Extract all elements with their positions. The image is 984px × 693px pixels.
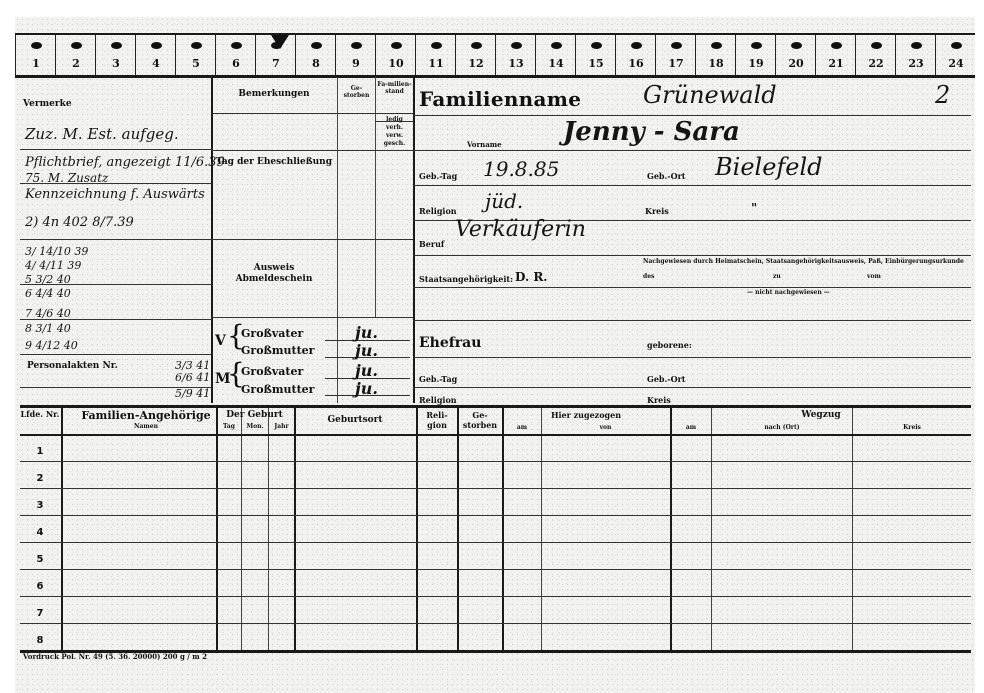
punch-hole-icon [431, 42, 442, 49]
ehefrau-religion-label: Religion [419, 395, 457, 405]
punch-hole-icon [791, 42, 802, 49]
religion-label: Religion [419, 206, 457, 216]
vermerk-entry: 5/9 41 [175, 387, 210, 400]
bemerkungen-label: Bemerkungen [211, 89, 337, 99]
ehefrau-geb-tag-label: Geb.-Tag [419, 374, 457, 384]
punch-hole-icon [591, 42, 602, 49]
punch-hole-icon [191, 42, 202, 49]
punch-hole-icon [31, 42, 42, 49]
ehefrau-label: Ehefrau [419, 335, 481, 351]
vermerk-entry: 7 4/6 40 [25, 307, 71, 320]
index-number: 6 [216, 57, 256, 70]
row-number: 4 [20, 527, 60, 538]
kreis-value: " [751, 201, 757, 215]
header-angehoerige: Familien-Angehörige [63, 409, 229, 422]
header-zugezogen-von: von [542, 424, 669, 431]
index-number: 2 [56, 57, 96, 70]
index-number: 20 [776, 57, 816, 70]
gestorben-label: Ge-storben [338, 85, 375, 99]
familienstand-option: verw. [376, 132, 413, 139]
table-row: 2 [20, 461, 971, 488]
familienstand-label: Fa-milien-stand [376, 81, 413, 95]
index-tab: 22 [855, 35, 896, 75]
index-tab: 6 [215, 35, 256, 75]
punch-hole-icon [391, 42, 402, 49]
row-number: 1 [20, 446, 60, 457]
header-religion: Reli-gion [417, 410, 457, 430]
header-tag: Tag [217, 423, 241, 430]
index-tab: 18 [695, 35, 736, 75]
table-row: 4 [20, 515, 971, 542]
vermerk-entry: 6/6 41 [175, 371, 210, 384]
nicht-nachgewiesen: — nicht nachgewiesen — [747, 289, 830, 296]
familienstand-option: gesch. [376, 140, 413, 147]
punch-hole-icon [671, 42, 682, 49]
card-number: 2 [935, 81, 950, 109]
index-tab: 23 [895, 35, 936, 75]
index-tab: 9 [335, 35, 376, 75]
v-grossvater-value: ju. [355, 323, 378, 342]
familienstand-option: verh. [376, 124, 413, 131]
divider [20, 405, 971, 408]
index-number: 11 [416, 57, 456, 70]
header-jahr: Jahr [269, 423, 294, 430]
index-tab: 11 [415, 35, 456, 75]
punch-hole-icon [831, 42, 842, 49]
index-number: 18 [696, 57, 736, 70]
geborene-label: geborene: [647, 340, 692, 350]
vermerk-entry: 9 4/12 40 [25, 339, 78, 352]
row-number: 6 [20, 581, 60, 592]
index-tab: 10 [375, 35, 416, 75]
nachweis-zu: zu [773, 273, 781, 280]
familienstand-option: ledig [376, 116, 413, 123]
vermerk-entry: 2) 4n 402 8/7.39 [25, 215, 134, 230]
tag-der-eheschliessung-label: Tag der Eheschließung [211, 157, 337, 168]
row-number: 5 [20, 554, 60, 565]
nachweis-des: des [643, 273, 654, 280]
row-number: 8 [20, 635, 60, 646]
geb-tag-value: 19.8.85 [483, 157, 559, 181]
index-number: 16 [616, 57, 656, 70]
vermerk-entry: 8 3/1 40 [25, 322, 71, 335]
vorname-value: Jenny - Sara [563, 117, 740, 147]
header-wegzug: Wegzug [671, 410, 971, 420]
index-tab: 19 [735, 35, 776, 75]
punch-hole-icon [951, 42, 962, 49]
v-grossmutter-value: ju. [355, 341, 378, 360]
v-grossmutter-label: Großmutter [241, 344, 314, 357]
index-number: 4 [136, 57, 176, 70]
m-grossmutter-label: Großmutter [241, 383, 314, 396]
vermerk-entry: 75. M. Zusatz [25, 171, 108, 185]
index-number: 7 [256, 57, 296, 70]
index-tab: 12 [455, 35, 496, 75]
staatsangehoerigkeit-value: D. R. [515, 270, 547, 284]
beruf-value: Verkäuferin [455, 217, 586, 242]
abmeldeschein-label: Abmeldeschein [211, 274, 337, 284]
table-row: 5 [20, 542, 971, 569]
header-hier-zugezogen: Hier zugezogen [503, 410, 669, 420]
punch-hole-icon [71, 42, 82, 49]
punch-hole-icon [551, 42, 562, 49]
form-imprint: Vordruck Pol. Nr. 49 (5. 36. 20000) 200 … [23, 652, 207, 661]
index-number: 21 [816, 57, 856, 70]
index-tab: 16 [615, 35, 656, 75]
ehefrau-geb-ort-label: Geb.-Ort [647, 374, 686, 384]
index-number: 14 [536, 57, 576, 70]
index-tab: 15 [575, 35, 616, 75]
table-row: 3 [20, 488, 971, 515]
personalakten-label: Personalakten Nr. [27, 361, 118, 371]
index-number: 24 [936, 57, 976, 70]
punch-hole-icon [231, 42, 242, 49]
header-geburtsort: Geburtsort [295, 415, 415, 425]
divider [15, 33, 975, 35]
index-number: 9 [336, 57, 376, 70]
ausweis-label: Ausweis [211, 263, 337, 273]
punch-hole-icon [631, 42, 642, 49]
index-marker-triangle-icon [271, 35, 289, 49]
divider [413, 77, 415, 403]
index-tab: 21 [815, 35, 856, 75]
index-tab: 8 [295, 35, 336, 75]
index-number: 23 [896, 57, 936, 70]
header-wegzug-nach: nach (Ort) [712, 424, 852, 431]
header-gestorben: Ge-storben [458, 410, 502, 430]
vermerk-entry: 6 4/4 40 [25, 287, 71, 300]
punch-hole-icon [751, 42, 762, 49]
religion-value: jüd. [485, 189, 523, 213]
table-row: 7 [20, 596, 971, 623]
punch-hole-icon [911, 42, 922, 49]
vermerke-label: Vermerke [23, 99, 72, 109]
index-number: 5 [176, 57, 216, 70]
index-tab: 14 [535, 35, 576, 75]
punch-hole-icon [151, 42, 162, 49]
index-tab: 2 [55, 35, 96, 75]
punch-hole-icon [711, 42, 722, 49]
vorname-label: Vorname [467, 141, 502, 148]
vermerk-entry: 4/ 4/11 39 [25, 259, 81, 272]
vermerk-entry: 3/ 14/10 39 [25, 245, 88, 258]
index-number: 10 [376, 57, 416, 70]
familienname-value: Grünewald [643, 81, 777, 109]
beruf-label: Beruf [419, 239, 444, 249]
punch-hole-icon [871, 42, 882, 49]
index-tab: 4 [135, 35, 176, 75]
nachweis-text: Nachgewiesen durch Heimatschein, Staatsa… [643, 258, 971, 265]
divider [337, 317, 338, 403]
table-row: 1 [20, 434, 971, 461]
vermerk-entry: Zuz. M. Est. aufgeg. [25, 125, 179, 143]
header-namen: Namen [63, 423, 229, 430]
row-number: 7 [20, 608, 60, 619]
index-tab: 24 [935, 35, 976, 75]
header-lfd-nr: Lfde. Nr. [20, 410, 60, 419]
familienname-label: Familienname [419, 87, 581, 111]
index-tab: 20 [775, 35, 816, 75]
punch-hole-icon [351, 42, 362, 49]
punch-hole-icon [471, 42, 482, 49]
registration-card: 123456789101112131415161718192021222324 … [15, 17, 975, 693]
table-row: 6 [20, 569, 971, 596]
index-tab: 3 [95, 35, 136, 75]
index-tab: 1 [15, 35, 56, 75]
divider [15, 75, 975, 78]
index-number: 12 [456, 57, 496, 70]
index-number: 22 [856, 57, 896, 70]
staatsangehoerigkeit-label: Staatsangehörigkeit: [419, 274, 513, 284]
index-number: 19 [736, 57, 776, 70]
row-number: 3 [20, 500, 60, 511]
kreis-label: Kreis [645, 206, 669, 216]
index-number: 1 [16, 57, 56, 70]
row-number: 2 [20, 473, 60, 484]
vermerk-entry: 5 3/2 40 [25, 273, 71, 286]
index-tab: 13 [495, 35, 536, 75]
nachweis-vom: vom [867, 273, 881, 280]
index-tab: 17 [655, 35, 696, 75]
header-zugezogen-am: am [503, 424, 541, 431]
geb-ort-label: Geb.-Ort [647, 171, 686, 181]
header-mon: Mon. [242, 423, 268, 430]
ehefrau-kreis-label: Kreis [647, 395, 671, 405]
index-number: 8 [296, 57, 336, 70]
v-grossvater-label: Großvater [241, 327, 303, 340]
punch-hole-icon [511, 42, 522, 49]
index-number: 3 [96, 57, 136, 70]
punch-hole-icon [311, 42, 322, 49]
vermerk-entry: Kennzeichnung f. Auswärts [25, 187, 205, 202]
geb-ort-value: Bielefeld [715, 153, 823, 181]
index-number: 17 [656, 57, 696, 70]
m-grossmutter-value: ju. [355, 379, 378, 398]
header-wegzug-am: am [671, 424, 711, 431]
m-grossvater-value: ju. [355, 361, 378, 380]
index-number: 15 [576, 57, 616, 70]
table-row: 8 [20, 623, 971, 650]
vater-side-label: V [215, 333, 226, 349]
punch-hole-icon [111, 42, 122, 49]
index-number: 13 [496, 57, 536, 70]
vermerk-entry: Pflichtbrief, angezeigt 11/6.39 [25, 155, 225, 170]
header-wegzug-kreis: Kreis [853, 424, 971, 431]
geb-tag-label: Geb.-Tag [419, 171, 457, 181]
m-grossvater-label: Großvater [241, 365, 303, 378]
index-tab: 5 [175, 35, 216, 75]
header-der-geburt: Der Geburt [217, 410, 292, 420]
